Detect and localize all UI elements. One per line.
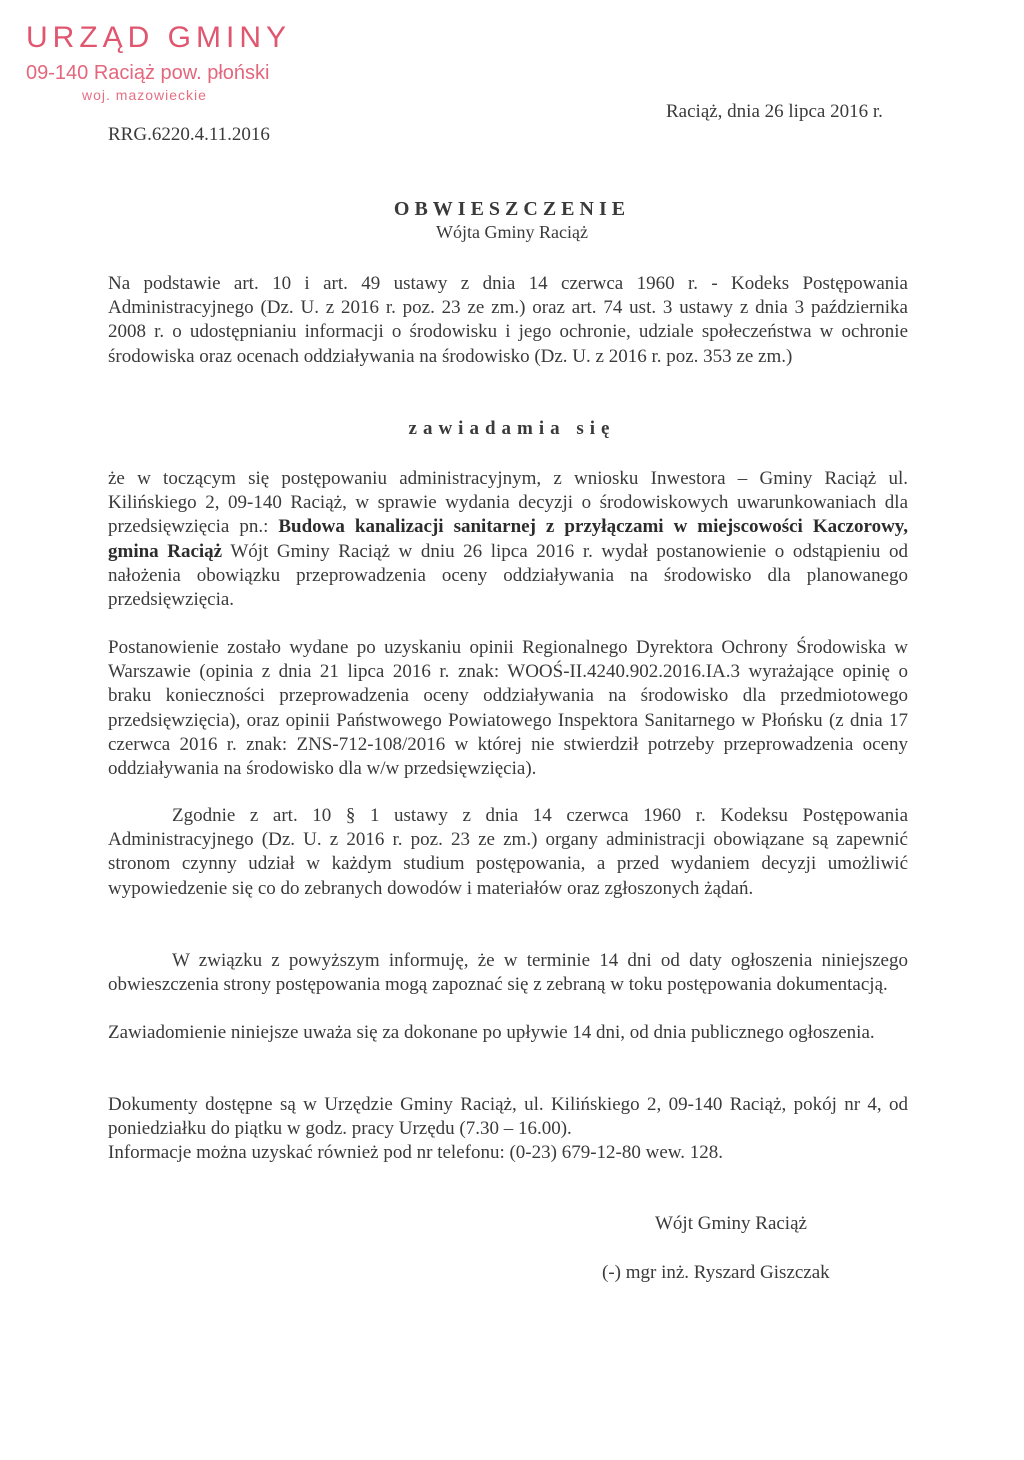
stamp-office-name: URZĄD GMINY [26,20,291,56]
document-date: Raciąż, dnia 26 lipca 2016 r. [666,101,883,123]
document-title: OBWIESZCZENIE [0,198,1024,221]
reference-number: RRG.6220.4.11.2016 [108,124,270,146]
office-stamp: URZĄD GMINY 09-140 Raciąż pow. płoński w… [26,20,291,104]
notification-effective-paragraph: Zawiadomienie niniejsze uważa się za dok… [108,1021,908,1045]
review-period-paragraph: W związku z powyższym informuję, że w te… [108,949,908,997]
documents-location: Dokumenty dostępne są w Urzędzie Gminy R… [108,1093,908,1141]
decision-paragraph: że w toczącym się postępowaniu administr… [108,467,908,612]
signature-name: (-) mgr inż. Ryszard Giszczak [602,1262,830,1284]
contact-phone: Informacje można uzyskać również pod nr … [108,1141,908,1165]
stamp-address: 09-140 Raciąż pow. płoński [26,60,291,86]
title-block: OBWIESZCZENIE Wójta Gminy Raciąż [0,198,1024,243]
signature-office: Wójt Gminy Raciąż [655,1213,807,1235]
document-subtitle: Wójta Gminy Raciąż [0,222,1024,243]
opinions-paragraph: Postanowienie zostało wydane po uzyskani… [108,636,908,781]
decision-text-end: Wójt Gminy Raciąż w dniu 26 lipca 2016 r… [108,541,908,610]
stamp-voivodeship: woj. mazowieckie [82,86,291,104]
legal-basis-paragraph: Na podstawie art. 10 i art. 49 ustawy z … [108,272,908,369]
documents-availability-paragraph: Dokumenty dostępne są w Urzędzie Gminy R… [108,1093,908,1166]
notice-heading: zawiadamia się [0,418,1024,440]
legal-rights-paragraph: Zgodnie z art. 10 § 1 ustawy z dnia 14 c… [108,804,908,901]
